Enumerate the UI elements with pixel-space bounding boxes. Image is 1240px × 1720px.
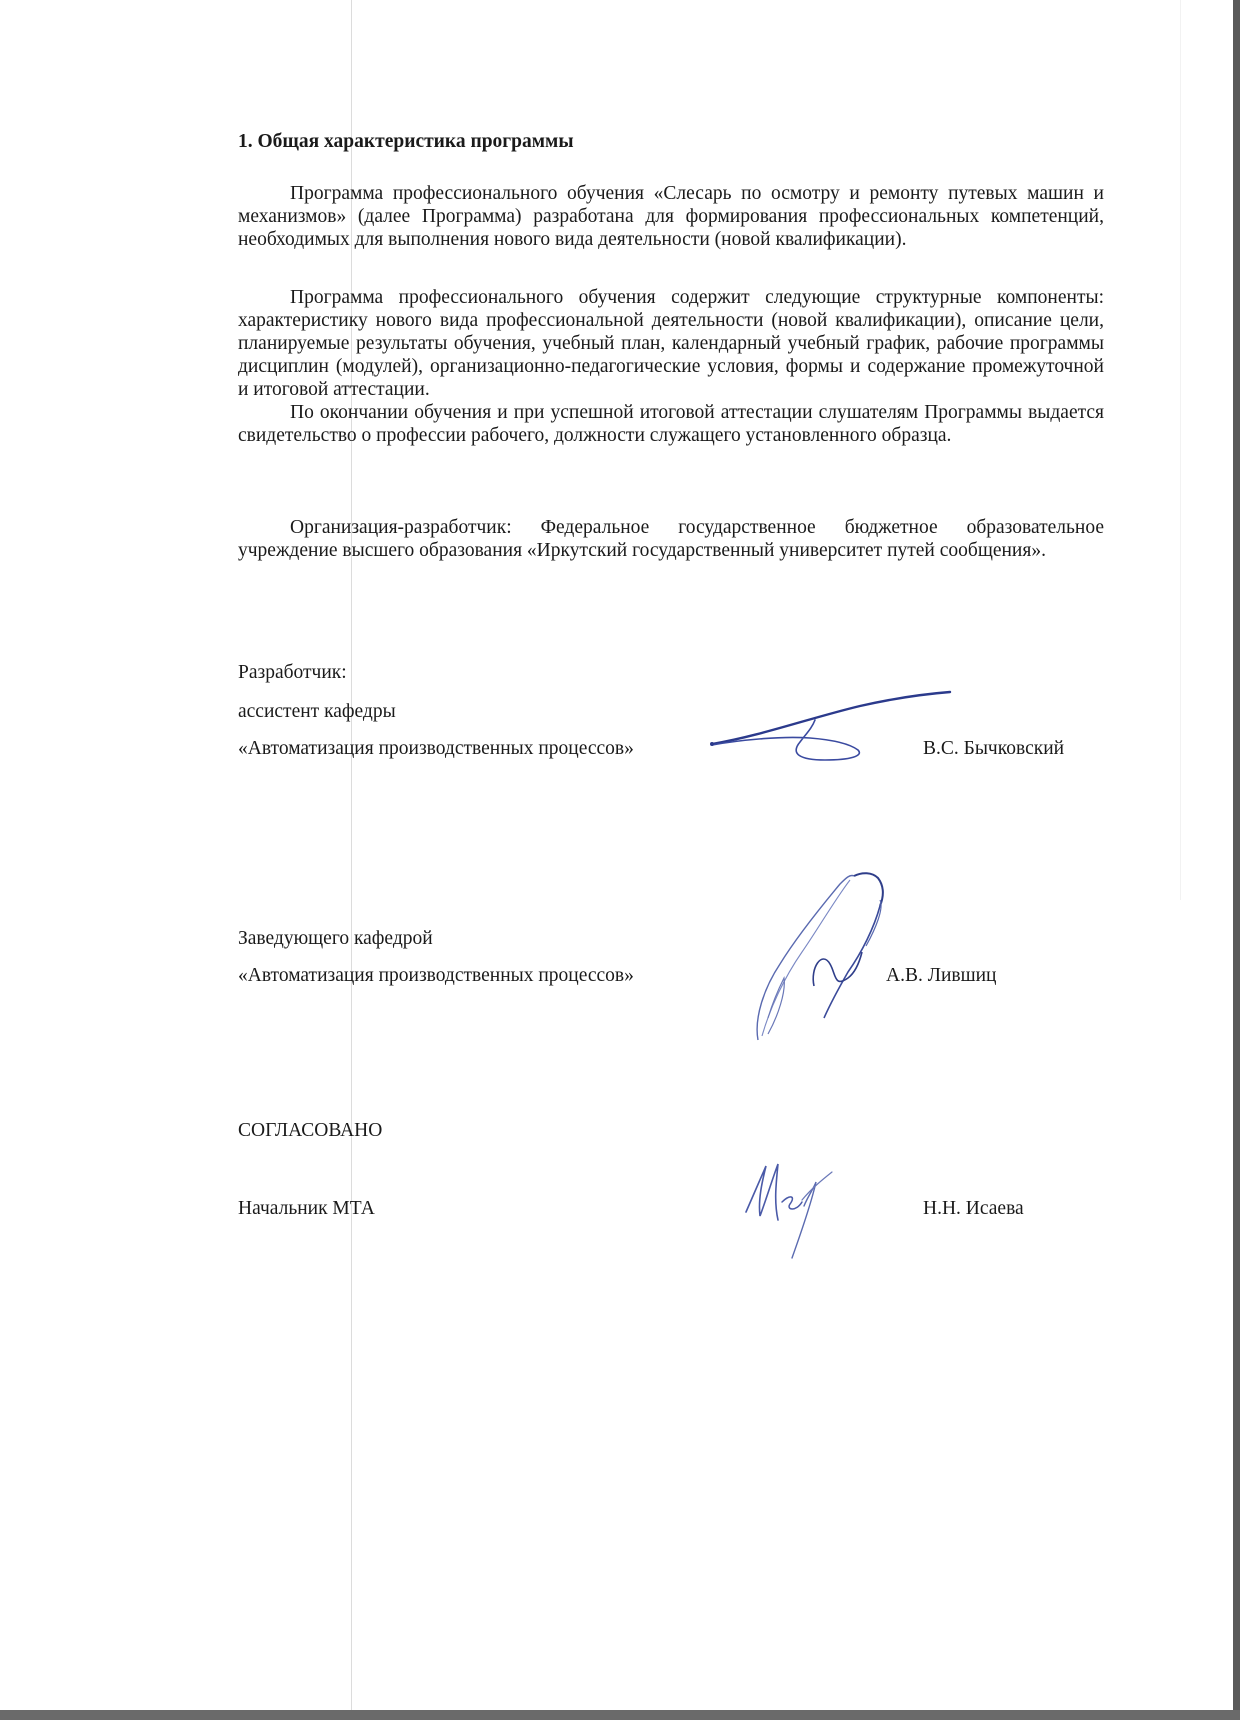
head-signature-icon xyxy=(750,868,900,1048)
intro-paragraph: Программа профессионального обучения «Сл… xyxy=(238,182,1104,251)
document-page: 1. Общая характеристика программы Програ… xyxy=(0,0,1233,1710)
scan-fold-line-right xyxy=(1180,0,1181,900)
organization-paragraph: Организация-разработчик: Федеральное гос… xyxy=(238,516,1104,562)
structure-section: Программа профессионального обучения сод… xyxy=(238,286,1104,447)
head-name: А.В. Лившиц xyxy=(886,965,996,987)
scan-fold-line xyxy=(351,0,352,1720)
head-department: «Автоматизация производственных процессо… xyxy=(238,965,634,987)
approval-signature-icon xyxy=(742,1150,842,1260)
approval-label: СОГЛАСОВАНО xyxy=(238,1120,382,1142)
certificate-paragraph: По окончании обучения и при успешной ито… xyxy=(238,401,1104,447)
organization-text: Организация-разработчик: Федеральное гос… xyxy=(238,516,1104,562)
section-heading: 1. Общая характеристика программы xyxy=(238,131,574,153)
scan-border-bottom xyxy=(0,1710,1240,1720)
scan-border-right xyxy=(1233,0,1240,1720)
approval-position: Начальник МТА xyxy=(238,1198,375,1220)
developer-department: «Автоматизация производственных процессо… xyxy=(238,738,634,760)
structure-paragraph: Программа профессионального обучения сод… xyxy=(238,286,1104,401)
developer-signature-icon xyxy=(700,688,960,768)
developer-label: Разработчик: xyxy=(238,662,347,684)
approval-name: Н.Н. Исаева xyxy=(923,1198,1024,1220)
head-position: Заведующего кафедрой xyxy=(238,928,433,950)
developer-position: ассистент кафедры xyxy=(238,701,396,723)
intro-text: Программа профессионального обучения «Сл… xyxy=(238,182,1104,251)
